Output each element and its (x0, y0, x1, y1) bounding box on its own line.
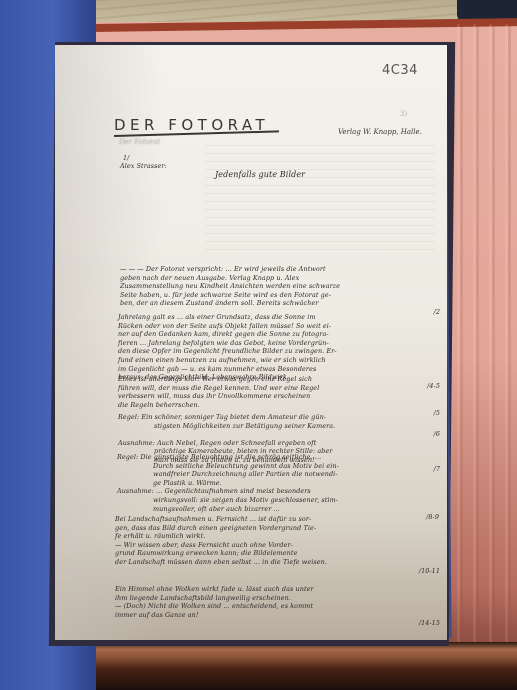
handwritten-line: der Landschaft müssen dann eben selbst .… (115, 558, 440, 567)
handwritten-line: wandfreier Durchzeichnung aller Partien … (117, 470, 439, 479)
handwritten-line: Rücken oder von der Seite aufs Objekt fa… (118, 322, 440, 331)
show-through-text (205, 145, 435, 255)
handwritten-line: fund einen einen benutzen zu aufnehmen, … (118, 356, 440, 365)
handwritten-line: Regel: Ein schöner, sonniger Tag bietet … (118, 413, 440, 422)
handwritten-line: grund Raumwirkung erwecken kann; die Bil… (115, 549, 440, 558)
handwritten-line: ge Plastik u. Wärme. (117, 479, 439, 488)
handwritten-heading: Jedenfalls gute Bilder (215, 171, 305, 180)
document-page: 4C34 3) DER FOTORAT Der Fotorat Verlag W… (55, 45, 447, 640)
folder-folded-pages (457, 24, 517, 664)
handwritten-line: — — — Der Fotorat verspricht: ... Er wir… (120, 265, 440, 274)
handwritten-line: ben, der an diesem Zustand ändern soll. … (120, 299, 440, 308)
handwritten-line: Ein Himmel ohne Wolken wirkt fade u. läs… (115, 585, 440, 594)
handwritten-line: — Wir wissen aber, dass Fernsicht auch o… (115, 541, 440, 550)
handwritten-line: fe erhält u. räumlich wirkt. (115, 532, 440, 541)
handwritten-line: Durch seitliche Beleuchtung gewinnt das … (117, 462, 439, 471)
handwritten-line: ihm liegende Landschaftsbild langweilig … (115, 594, 440, 603)
paragraph: Bei Landschaftsaufnahmen u. Fernsicht ..… (115, 515, 440, 575)
paragraph: Ein Himmel ohne Wolken wirkt fade u. läs… (115, 585, 440, 628)
handwritten-line: führen will, der muss die Regel kennen. … (118, 384, 440, 393)
page-reference: /10-11 (115, 567, 440, 576)
handwritten-line: ner auf den Gedanken kam, direkt gegen d… (118, 330, 440, 339)
page-reference: /6 (118, 430, 440, 439)
page-mark: 3) (400, 110, 407, 118)
handwritten-line: verbessern will, muss das ihr Unvollkomm… (118, 392, 440, 401)
publisher-line: Verlag W. Knapp, Halle. (338, 128, 422, 136)
handwritten-line: den diese Opfer im Gegenlicht freundlich… (118, 347, 440, 356)
folder-bottom-edge (55, 642, 517, 690)
handwritten-line: die Regeln beherrschen. (118, 401, 440, 410)
handwritten-line: — (Doch) Nicht die Wolken sind ... entsc… (115, 602, 440, 611)
handwritten-line: mungsvoller, oft aber auch bizarrer ... (117, 505, 439, 514)
handwritten-line: Zusammenstellung neu Kindheit Ansichten … (120, 282, 440, 291)
handwritten-line: wirkungsvoll: sie zeigen das Motiv gesch… (117, 496, 439, 505)
handwritten-line: Ausnahme: Auch Nebel, Regen oder Schneef… (118, 439, 440, 448)
page-reference: /14-15 (115, 619, 440, 628)
handwritten-line: Regel: Die günstigste Beleuchtung ist di… (117, 453, 439, 462)
paragraph: Eines ist allerdings klar: Wer etwas geg… (118, 375, 440, 418)
rule-exception-block: Regel: Die günstigste Beleuchtung ist di… (117, 453, 439, 522)
letterhead-subtitle: Der Fotorat (119, 138, 160, 146)
handwritten-line: Jahrelang galt es ... als einer Grundsat… (118, 313, 440, 322)
handwritten-line: fieren ... Jahrelang befolgten wie das G… (118, 339, 440, 348)
author-name: Alex Strasser: (120, 162, 167, 171)
handwritten-line: im Gegenlicht gab — u. es kam nunmehr et… (118, 365, 440, 374)
handwritten-line: gen, dass das Bild durch einen geeignete… (115, 524, 440, 533)
handwritten-line: geben nach der neuen Ausgabe. Verlag Kna… (120, 274, 440, 283)
handwritten-line: Seite haben, u. für jede schwarze Seite … (120, 291, 440, 300)
paragraph: — — — Der Fotorat verspricht: ... Er wir… (120, 265, 440, 317)
handwritten-line: stigsten Möglichkeiten zur Betätigung se… (118, 422, 440, 431)
handwritten-line: Eines ist allerdings klar: Wer etwas geg… (118, 375, 440, 384)
handwritten-line: Ausnahme: ... Gegenlichtaufnahmen sind m… (117, 487, 439, 496)
handwritten-line: Bei Landschaftsaufnahmen u. Fernsicht ..… (115, 515, 440, 524)
handwritten-line: immer auf das Ganze an! (115, 611, 440, 620)
archive-number: 4C34 (382, 63, 418, 78)
